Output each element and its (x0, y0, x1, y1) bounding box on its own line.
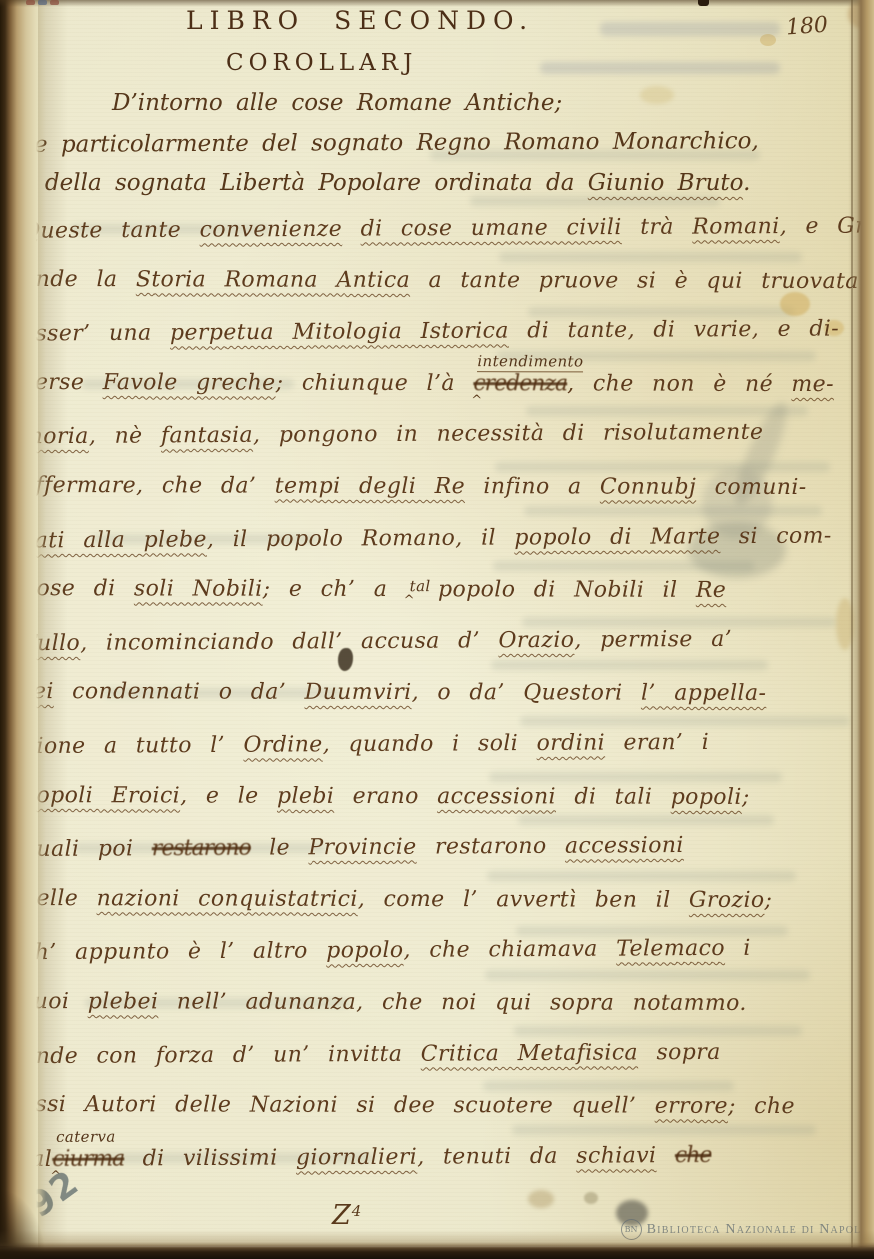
underlined-word: Telemaco (616, 936, 725, 962)
manuscript-line: gione a tutto l’ Ordine, quando i soli o… (22, 730, 709, 759)
manuscript-line: suoi plebei nell’ adunanza, che noi qui … (22, 989, 747, 1016)
underlined-word: accessioni (437, 784, 556, 809)
underlined-word: di cose umane civili (360, 215, 621, 242)
text-run: popolo di Nobili il (420, 577, 696, 603)
page-subtitle: COROLLARJ (226, 50, 417, 76)
text-run: , quando i soli (323, 731, 537, 757)
underlined-word: Re (696, 578, 726, 603)
manuscript-line: cati alla plebe, il popolo Romano, il po… (22, 523, 832, 553)
text-run: ; (742, 785, 750, 810)
text-run: , nè (89, 424, 161, 449)
text-run: , che non è né (567, 371, 791, 397)
manuscript-scan: { "page": { "folio_number": "180", "penc… (0, 0, 874, 1259)
underlined-word: fantasia (161, 423, 253, 449)
manuscript-line: popoli Eroici, e le plebi erano accessio… (22, 783, 750, 810)
manuscript-line: talcatervaciurma di vilissimi giornalier… (22, 1143, 712, 1172)
underlined-word: errore (655, 1094, 728, 1119)
underlined-word: popolo (326, 938, 403, 963)
text-run: ; chiunque l’à (276, 370, 474, 396)
book-edge-bottom (0, 1242, 874, 1259)
text-run: , e le (180, 783, 277, 808)
manuscript-line: e della sognata Libertà Popolare ordinat… (18, 170, 750, 196)
text-run: si com- (720, 523, 832, 549)
text-run: , o da’ Questori (412, 680, 641, 706)
text-run: onde con forza d’ un’ invitta (22, 1041, 421, 1068)
text-run: di vilissimi (124, 1145, 296, 1171)
text-run: D’intorno alle cose Romane Antiche; (112, 90, 562, 116)
underlined-word: ordini (536, 731, 605, 756)
underlined-word: accessioni (565, 833, 684, 859)
text-run (342, 217, 361, 242)
struck-word: restarono (152, 836, 251, 862)
underlined-word: nazioni conquistatrici (97, 886, 358, 912)
struck-word: credenza (473, 371, 567, 396)
text-run: . (743, 170, 750, 196)
underlined-word: l’ appella- (641, 681, 766, 706)
underlined-word: Storia Romana Antica (136, 267, 410, 293)
headband-thread (38, 0, 47, 5)
text-run: i (725, 936, 751, 961)
manuscript-line: quali poi restarono le Provincie restaro… (22, 833, 684, 862)
gutter-shadow (38, 0, 68, 1259)
folio-number: 180 (785, 13, 829, 41)
manuscript-line: D’intorno alle cose Romane Antiche; (112, 90, 562, 116)
manuscript-line: verse Favole greche; chiunque l’à intend… (22, 370, 834, 397)
text-run: a tante pruove si è qui truovata (410, 268, 859, 294)
page-title: LIBRO SECONDO. (186, 6, 534, 35)
underlined-word: Grozio (689, 888, 765, 913)
manuscript-line: essi Autori delle Nazioni si dee scuoter… (22, 1092, 795, 1119)
underlined-word: Connubj (600, 474, 696, 499)
text-run: sopra (638, 1039, 721, 1065)
text-run: di tali (556, 784, 671, 809)
underlined-word: Orazio (498, 628, 574, 653)
headband-thread (26, 0, 35, 5)
text-run: , come l’ avvertì ben il (358, 887, 689, 913)
text-run: , tenuti da (417, 1144, 576, 1170)
underlined-word: Duumviri (305, 680, 412, 705)
text-run: , permise a’ (574, 627, 732, 653)
show-through-mark (600, 22, 780, 36)
underlined-word: tempi degli Re (275, 474, 465, 499)
text-run: trà (622, 215, 693, 240)
catchword-numeral: 4 (352, 1202, 362, 1220)
underlined-word: plebi (277, 783, 334, 808)
text-run: ; (765, 888, 773, 913)
body-text: Queste tante convenienze di cose umane c… (22, 216, 848, 1259)
show-through-mark (540, 62, 780, 74)
catchword-letter: Z (332, 1200, 351, 1231)
text-run: , il popolo Romano, il (207, 525, 515, 552)
text-run: comuni- (696, 475, 807, 500)
manuscript-line: affermare, che da’ tempi degli Re infino… (22, 473, 807, 500)
text-run: , che chiamava (403, 937, 616, 963)
struck-word: che (675, 1143, 712, 1168)
book-edge-top (0, 0, 874, 7)
text-run: infino a (465, 474, 600, 499)
text-run: e della sognata Libertà Popolare ordinat… (18, 170, 588, 196)
underlined-word: soli Nobili (134, 577, 263, 602)
underlined-word: giornalieri (296, 1144, 417, 1170)
underlined-word: schiavi (576, 1143, 656, 1168)
underlined-word: me- (791, 372, 834, 397)
text-run: ; e ch’ a (263, 577, 406, 602)
inserted-word: intendimento (477, 352, 583, 372)
underlined-word: popolo di Marte (514, 524, 720, 550)
page-edge-line (851, 0, 853, 1259)
manuscript-line: Queste tante convenienze di cose umane c… (22, 213, 874, 243)
manuscript-line: esser’ una perpetua Mitologia Istorica d… (22, 317, 839, 347)
text-run: essi Autori delle Nazioni si dee scuoter… (22, 1092, 655, 1119)
underlined-word: Ordine (243, 732, 322, 757)
manuscript-line: pose di soli Nobili; e ch’ a tal popolo … (22, 576, 726, 603)
catchword: Z4 (332, 1200, 361, 1231)
inserted-word: tal (410, 577, 431, 595)
underlined-word: convenienze (199, 217, 342, 243)
underlined-word: Romani (692, 214, 780, 240)
text-run: , pongono in necessità di risolutamente (253, 420, 764, 448)
text-run: nell’ adunanza, che noi qui sopra notamm… (158, 989, 746, 1016)
text-run: condennati o da’ (54, 679, 305, 705)
text-run: , incominciando dall’ accusa d’ (80, 628, 498, 656)
manuscript-line: e particolarmente del sognato Regno Roma… (34, 128, 759, 158)
manuscript-line: rei condennati o da’ Duumviri, o da’ Que… (22, 679, 766, 706)
corner-shadow (0, 1189, 46, 1259)
text-run: eran’ i (605, 730, 709, 756)
underlined-word: perpetua Mitologia Istorica (170, 319, 509, 346)
manuscript-line: delle nazioni conquistatrici, come l’ av… (22, 886, 772, 913)
show-through-mark (470, 196, 720, 206)
stain (640, 86, 674, 104)
manuscript-line: ch’ appunto è l’ altro popolo, che chiam… (22, 936, 751, 965)
manuscript-line: onde la Storia Romana Antica a tante pru… (22, 266, 859, 293)
text-run: erano (334, 783, 437, 808)
underlined-word: Provincie (308, 835, 416, 861)
top-edge-mark (698, 0, 709, 6)
text-run (656, 1143, 675, 1168)
text-run: le (251, 835, 309, 860)
manuscript-line: onde con forza d’ un’ invitta Critica Me… (22, 1039, 721, 1068)
text-run: di tante, di varie, e di- (509, 317, 839, 344)
underlined-word: plebei (88, 989, 159, 1014)
headband-thread (50, 0, 59, 5)
underlined-word: Critica Metafisica (421, 1040, 638, 1066)
stain (760, 34, 776, 46)
text-run: restarono (417, 834, 566, 860)
underlined-word: popoli (671, 784, 742, 809)
underlined-word: Giunio Bruto (588, 170, 743, 196)
text-run: ; che (728, 1094, 795, 1119)
text-run: e particolarmente del sognato Regno Roma… (34, 128, 759, 158)
insertion: intendimentocredenza (473, 371, 567, 396)
manuscript-line: Tullo, incominciando dall’ accusa d’ Ora… (22, 627, 732, 656)
manuscript-line: moria, nè fantasia, pongono in necessità… (22, 420, 764, 450)
underlined-word: Favole greche (103, 370, 276, 395)
